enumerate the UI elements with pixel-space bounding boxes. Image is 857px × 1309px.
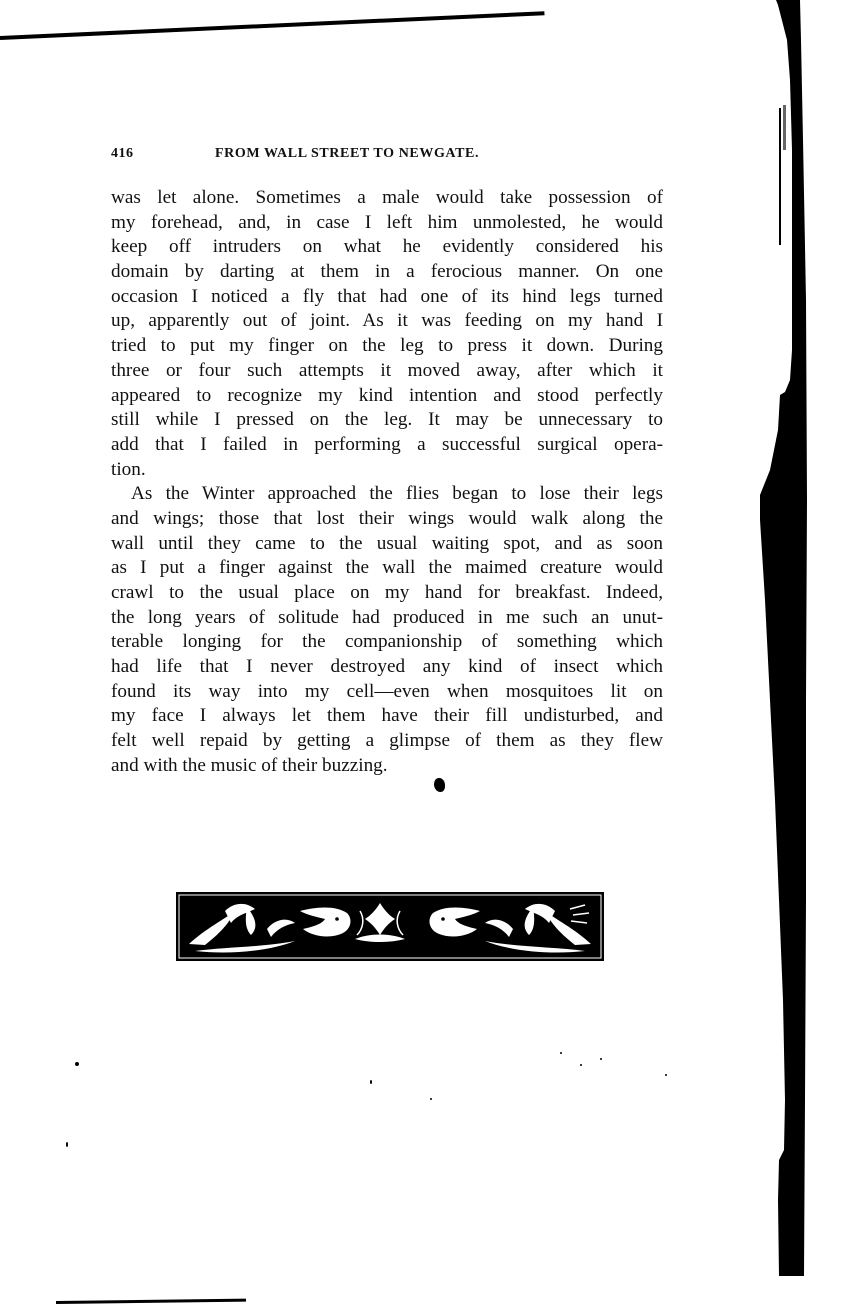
text-line: and with the music of their buzzing. — [111, 754, 663, 779]
scan-speck — [370, 1080, 372, 1084]
text-line: three or four such attempts it moved awa… — [111, 359, 663, 384]
running-head: 416 FROM WALL STREET TO NEWGATE. — [111, 146, 671, 166]
text-line: occasion I noticed a fly that had one of… — [111, 285, 663, 310]
text-line: found its way into my cell—even when mos… — [111, 680, 663, 705]
text-line: my face I always let them have their fil… — [111, 704, 663, 729]
scan-speck — [665, 1074, 667, 1076]
text-line: tion. — [111, 458, 663, 483]
scan-speck — [560, 1052, 562, 1054]
scan-speck — [66, 1142, 68, 1147]
scan-speck — [430, 1098, 432, 1100]
text-line: as I put a finger against the wall the m… — [111, 556, 663, 581]
text-line: my forehead, and, in case I left him unm… — [111, 211, 663, 236]
running-title: FROM WALL STREET TO NEWGATE. — [215, 146, 479, 162]
paragraph-2: As the Winter approached the flies began… — [111, 482, 663, 778]
text-line: terable longing for the companionship of… — [111, 630, 663, 655]
ink-blot — [434, 778, 445, 792]
text-line: still while I pressed on the leg. It may… — [111, 408, 663, 433]
text-line: keep off intruders on what he evidently … — [111, 235, 663, 260]
body-text: was let alone. Sometimes a male would ta… — [111, 186, 663, 779]
text-line: the long years of solitude had produced … — [111, 606, 663, 631]
ornament-tailpiece-icon — [175, 889, 605, 963]
scan-speck — [600, 1058, 602, 1060]
text-line: domain by darting at them in a ferocious… — [111, 260, 663, 285]
text-line: tried to put my finger on the leg to pre… — [111, 334, 663, 359]
page-number: 416 — [111, 146, 134, 162]
text-line: and wings; those that lost their wings w… — [111, 507, 663, 532]
text-line: wall until they came to the usual waitin… — [111, 532, 663, 557]
scan-speck — [75, 1062, 79, 1066]
text-line: appeared to recognize my kind intention … — [111, 384, 663, 409]
text-line: crawl to the usual place on my hand for … — [111, 581, 663, 606]
text-line: As the Winter approached the flies began… — [111, 482, 663, 507]
text-line: add that I failed in performing a succes… — [111, 433, 663, 458]
scan-spine-shadow — [737, 0, 857, 1309]
scan-edge-line-bottom — [56, 1299, 246, 1304]
text-line: up, apparently out of joint. As it was f… — [111, 309, 663, 334]
text-line: was let alone. Sometimes a male would ta… — [111, 186, 663, 211]
scan-edge-line-top — [0, 11, 545, 40]
text-line: had life that I never destroyed any kind… — [111, 655, 663, 680]
scan-speck — [580, 1064, 582, 1066]
text-line: felt well repaid by getting a glimpse of… — [111, 729, 663, 754]
paragraph-1: was let alone. Sometimes a male would ta… — [111, 186, 663, 482]
